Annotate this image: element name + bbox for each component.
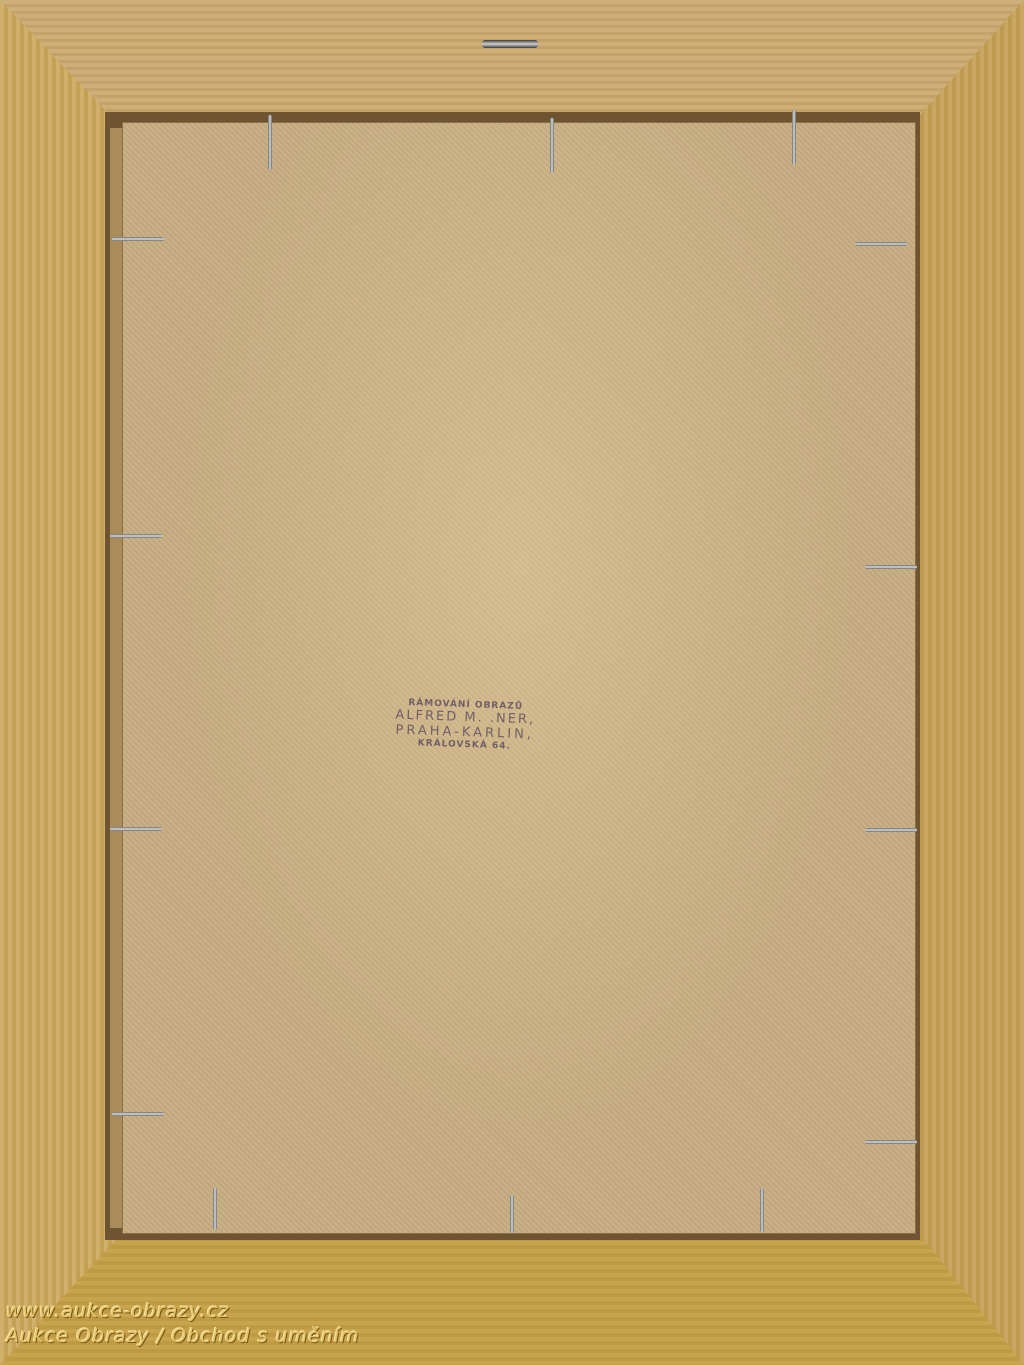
nail-icon xyxy=(865,565,917,569)
nail-icon xyxy=(110,534,162,538)
nail-icon xyxy=(760,1188,764,1232)
nail-icon xyxy=(510,1195,514,1233)
nail-icon xyxy=(112,237,164,241)
nail-icon xyxy=(213,1188,217,1230)
frame-top-rail xyxy=(0,0,1024,130)
picture-frame: RÁMOVÁNÍ OBRAZŮ ALFRED M. .NER, PRAHA-KA… xyxy=(0,0,1024,1365)
nail-icon xyxy=(865,828,917,832)
nail-icon xyxy=(855,242,907,246)
paper-tape-strip xyxy=(110,128,122,1228)
nail-icon xyxy=(110,827,162,831)
framer-stamp: RÁMOVÁNÍ OBRAZŮ ALFRED M. .NER, PRAHA-KA… xyxy=(364,697,566,754)
nail-icon xyxy=(792,110,796,165)
hanging-hook-icon xyxy=(482,40,538,48)
nail-icon xyxy=(550,118,554,173)
nail-icon xyxy=(112,1112,164,1116)
nail-icon xyxy=(268,115,272,170)
watermark-url: www.aukce-obrazy.cz xyxy=(6,1300,360,1322)
cardboard-backing xyxy=(122,122,916,1234)
watermark: www.aukce-obrazy.cz Aukce Obrazy / Obcho… xyxy=(6,1300,360,1347)
nail-icon xyxy=(865,1140,917,1144)
watermark-name: Aukce Obrazy / Obchod s uměním xyxy=(6,1325,360,1347)
